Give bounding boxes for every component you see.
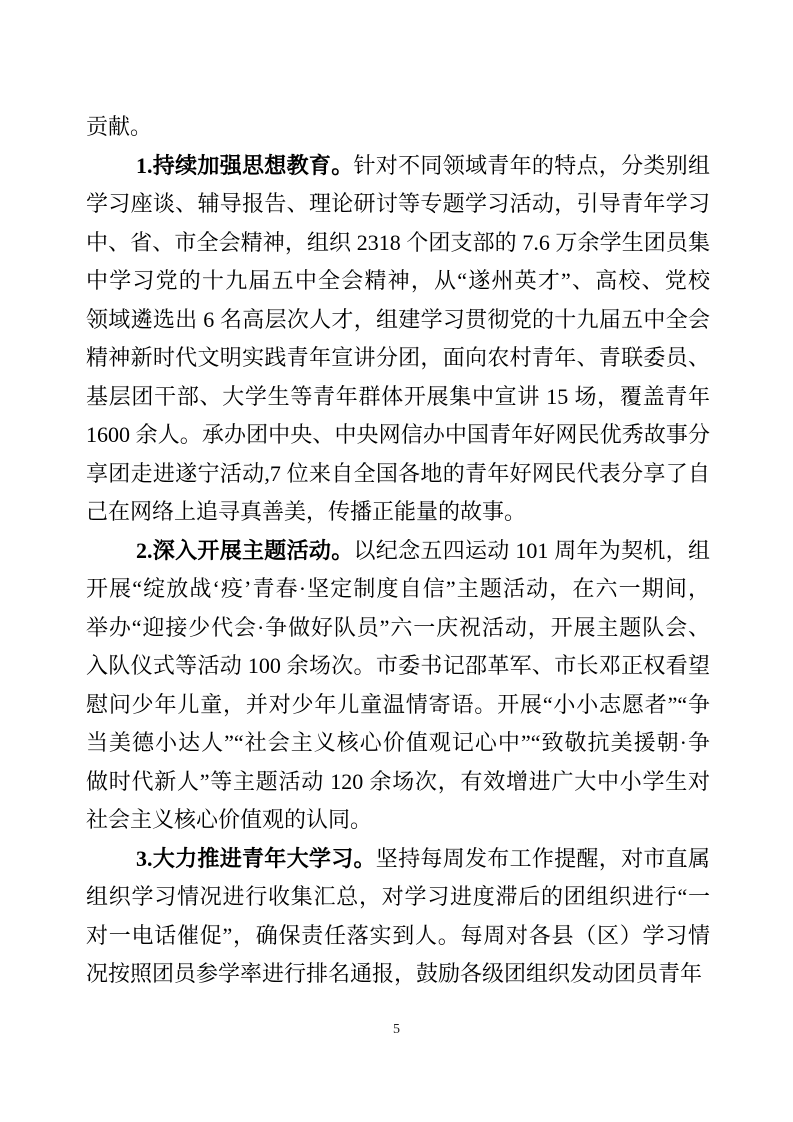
document-body: 贡献。1.持续加强思想教育。针对不同领域青年的特点，分类别组织学习座谈、辅导报告… <box>86 108 710 994</box>
text-line: 组织学习情况进行收集汇总，对学习进度滞后的团组织进行“一 <box>86 878 710 917</box>
text-line: 己在网络上追寻真善美，传播正能量的故事。 <box>86 493 710 532</box>
text-line: 学习座谈、辅导报告、理论研讨等专题学习活动，引导青年学习 <box>86 185 710 224</box>
paragraph-heading: 深入开展主题活动。 <box>153 538 354 563</box>
text-line: 2.深入开展主题活动。以纪念五四运动 101 周年为契机，组织 <box>86 532 710 571</box>
text-line: 享团走进遂宁活动,7 位来自全国各地的青年好网民代表分享了自 <box>86 455 710 494</box>
paragraph-heading: 大力推进青年大学习。 <box>153 846 376 871</box>
text-line: 慰问少年儿童，并对少年儿童温情寄语。开展“小小志愿者”“争 <box>86 686 710 725</box>
paragraph-number: 3. <box>136 846 153 871</box>
document-page: 贡献。1.持续加强思想教育。针对不同领域青年的特点，分类别组织学习座谈、辅导报告… <box>0 0 793 1122</box>
text-line: 1.持续加强思想教育。针对不同领域青年的特点，分类别组织 <box>86 147 710 186</box>
text-line: 基层团干部、大学生等青年群体开展集中宣讲 15 场，覆盖青年 <box>86 378 710 417</box>
paragraph-1: 1.持续加强思想教育。针对不同领域青年的特点，分类别组织学习座谈、辅导报告、理论… <box>86 147 710 532</box>
text-line: 贡献。 <box>86 108 710 147</box>
text-line: 社会主义核心价值观的认同。 <box>86 801 710 840</box>
paragraph-2: 2.深入开展主题活动。以纪念五四运动 101 周年为契机，组织开展“绽放战‘疫’… <box>86 532 710 840</box>
text-line: 况按照团员参学率进行排名通报，鼓励各级团组织发动团员青年 <box>86 955 710 994</box>
text-line: 举办“迎接少代会·争做好队员”六一庆祝活动，开展主题队会、 <box>86 609 710 648</box>
text-line: 中学习党的十九届五中全会精神，从“遂州英才”、高校、党校 <box>86 262 710 301</box>
text-line: 3.大力推进青年大学习。坚持每周发布工作提醒，对市直属团 <box>86 840 710 879</box>
paragraph-number: 1. <box>136 153 153 178</box>
text-line: 中、省、市全会精神，组织 2318 个团支部的 7.6 万余学生团员集 <box>86 224 710 263</box>
paragraph-number: 2. <box>136 538 153 563</box>
text-line: 当美德小达人”“社会主义核心价值观记心中”“致敬抗美援朝·争 <box>86 724 710 763</box>
text-line: 领域遴选出 6 名高层次人才，组建学习贯彻党的十九届五中全会 <box>86 301 710 340</box>
text-line: 对一电话催促”，确保责任落实到人。每周对各县（区）学习情 <box>86 917 710 956</box>
paragraph-0: 贡献。 <box>86 108 710 147</box>
text-line: 1600 余人。承办团中央、中央网信办中国青年好网民优秀故事分 <box>86 416 710 455</box>
text-line: 精神新时代文明实践青年宣讲分团，面向农村青年、青联委员、 <box>86 339 710 378</box>
text-line: 入队仪式等活动 100 余场次。市委书记邵革军、市长邓正权看望 <box>86 647 710 686</box>
text-line: 开展“绽放战‘疫’青春·坚定制度自信”主题活动，在六一期间， <box>86 570 710 609</box>
text-line: 做时代新人”等主题活动 120 余场次，有效增进广大中小学生对 <box>86 763 710 802</box>
paragraph-3: 3.大力推进青年大学习。坚持每周发布工作提醒，对市直属团组织学习情况进行收集汇总… <box>86 840 710 994</box>
page-number: 5 <box>0 1021 793 1039</box>
paragraph-heading: 持续加强思想教育。 <box>153 153 354 178</box>
